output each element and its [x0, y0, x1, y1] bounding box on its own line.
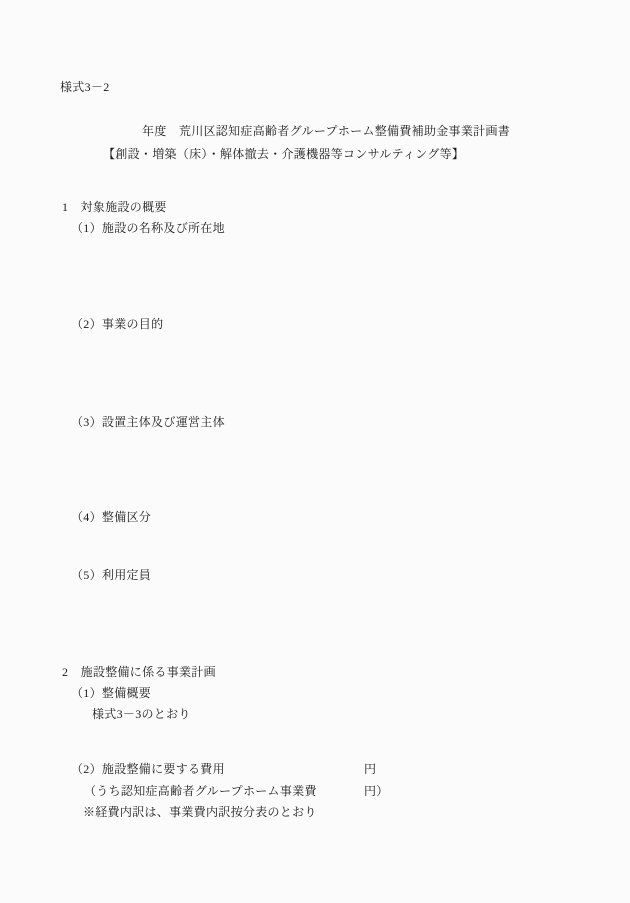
- field-label-user-capacity: （5）利用定員: [71, 568, 151, 582]
- note-cost-breakdown-reference: ※経費内訳は、事業費内訳按分表のとおり: [83, 805, 317, 819]
- field-label-establishing-operating-entity: （3）設置主体及び運営主体: [71, 415, 225, 429]
- field-label-group-home-project-cost: （うち認知症高齢者グループホーム事業費: [84, 784, 317, 798]
- section-1-heading: 1 対象施設の概要: [62, 200, 167, 214]
- field-label-business-purpose: （2）事業の目的: [71, 317, 163, 331]
- document-subtitle: 【創設・増築（床）・解体撤去・介護機器等コンサルティング等】: [103, 147, 464, 161]
- section-2-heading: 2 施設整備に係る事業計画: [62, 665, 216, 679]
- unit-yen-facility-cost: 円: [364, 762, 376, 776]
- form-number-label: 様式3－2: [60, 80, 110, 94]
- field-label-improvement-category: （4）整備区分: [71, 510, 151, 524]
- document-page: 様式3－2 年度 荒川区認知症高齢者グループホーム整備費補助金事業計画書 【創設…: [0, 0, 630, 903]
- field-label-facility-improvement-cost: （2）施設整備に要する費用: [71, 762, 225, 776]
- document-title: 年度 荒川区認知症高齢者グループホーム整備費補助金事業計画書: [142, 124, 510, 138]
- unit-yen-group-home-cost: 円）: [364, 784, 389, 798]
- field-label-improvement-overview: （1）整備概要: [71, 686, 151, 700]
- note-improvement-overview-reference: 様式3－3のとおり: [92, 707, 191, 721]
- field-label-facility-name-location: （1）施設の名称及び所在地: [71, 221, 225, 235]
